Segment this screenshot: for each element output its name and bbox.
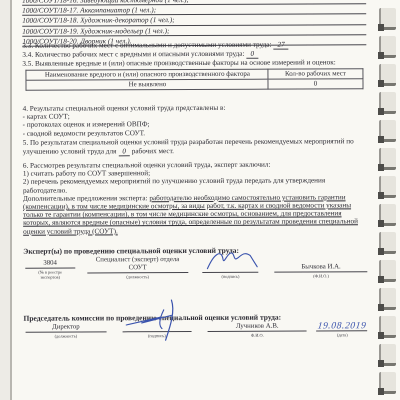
expert-signature-row: 3804 (№ в реестре экспертов) Специалист …: [23, 255, 367, 280]
binding-clip: [379, 344, 396, 366]
binding-clip: [379, 64, 396, 86]
expert-sign-label: (подпись): [222, 274, 240, 279]
expert-reg-number-block: 3804 (№ в реестре экспертов): [25, 260, 75, 280]
sec-6: 6. Рассмотрев результаты специальной оце…: [23, 160, 367, 235]
sec-3-5: 3.5. Выявленные вредные и (или) опасные …: [22, 58, 366, 69]
binding-clip: [379, 288, 396, 310]
chairman-signature-block: (подпись): [122, 323, 191, 338]
chairman-name-label: Ф.И.О.: [251, 333, 264, 338]
sec-5-text-1: 5. По результатам специальной оценки усл…: [23, 137, 354, 155]
chairman-position-label: (должность): [55, 334, 78, 339]
expert-reg-label: (№ в реестре экспертов): [33, 270, 67, 280]
sec-4: 4. Результаты специальной оценки условий…: [23, 103, 367, 137]
cell-factor-name: Не выявлено: [26, 79, 268, 90]
expert-signature-ink: [202, 248, 259, 274]
expert-signature: [202, 264, 259, 273]
binding-clip: [379, 92, 396, 114]
binding-clip: [379, 8, 396, 30]
comb-binding: [366, 0, 400, 400]
binding-clip: [379, 36, 396, 58]
binding-clip: [379, 260, 396, 282]
binding-clip: [379, 148, 396, 170]
chairman-date-handwritten: 19.08.2019: [316, 322, 368, 331]
sec-3-4-label: 3.4. Количество рабочих мест с вредными …: [22, 50, 244, 59]
sec-3-3-label: 3.3. Количество рабочих мест с оптимальн…: [22, 41, 271, 50]
binding-clip: [379, 204, 396, 226]
chairman-signature-row: Директор (должность) (подпись) Лучников …: [24, 322, 368, 339]
binding-clip: [379, 372, 396, 394]
binding-clip: [379, 232, 396, 254]
scanned-sout-report-page: 1000/СОУТ/18-16. Заведующий костюмерной …: [0, 0, 400, 400]
sec-5-text-2: рабочих мест.: [132, 147, 174, 155]
sec-6-item-2: 2) перечень рекомендуемых мероприятий по…: [23, 177, 367, 195]
chairman-name-block: Лучников А.В. Ф.И.О.: [208, 323, 307, 338]
col-factor-name: Наименование вредного и (или) опасного п…: [26, 69, 268, 80]
expert-position-label: (должность): [126, 274, 149, 279]
expert-proposals: Дополнительные предложения эксперта: раб…: [23, 193, 367, 236]
experts-heading: Эксперт(ы) по проведению специальной оце…: [23, 245, 367, 256]
factors-table: Наименование вредного и (или) опасного п…: [26, 68, 363, 90]
sec-4-item: - сводной ведомости результатов СОУТ.: [23, 128, 367, 138]
page-edge-line: [10, 0, 12, 400]
proposals-label: Дополнительные предложения эксперта:: [23, 194, 148, 203]
chairman-name: Лучников А.В.: [208, 323, 307, 332]
chairman-date-block: 19.08.2019 (дата): [317, 322, 368, 337]
expert-name-block: Бычкова И.А. (Ф.И.О.): [275, 263, 368, 278]
expert-position-line2: СОУТ: [87, 264, 188, 273]
chairman-sign-label: (подпись): [148, 333, 166, 338]
chairman-date-label: (дата): [337, 332, 348, 337]
col-workplace-count: Кол-во рабочих мест: [268, 69, 362, 79]
sec-3-4-value: 0: [246, 50, 258, 59]
expert-name-label: (Ф.И.О.): [313, 273, 329, 278]
sec-5-value: 0: [118, 147, 130, 156]
chairman-signature: [122, 323, 191, 332]
expert-position-block: Специалист (эксперт) отдела СОУТ (должно…: [87, 256, 188, 279]
expert-reg-number: 3804: [25, 260, 75, 269]
cell-workplace-count: 0: [268, 79, 362, 89]
chairman-heading: Председатель комиссии по проведению спец…: [23, 312, 367, 323]
binding-clip: [379, 176, 396, 198]
sec-5: 5. По результатам специальной оценки усл…: [23, 137, 367, 157]
document-content: 1000/СОУТ/18-16. Заведующий костюмерной …: [22, 0, 368, 400]
expert-signature-block: (подпись): [202, 264, 259, 279]
binding-clip: [379, 120, 396, 142]
chairman-signature-ink: [122, 307, 191, 333]
chairman-position-block: Директор (должность): [26, 323, 107, 338]
table-row: Не выявлено 0: [26, 79, 362, 90]
binding-clip: [379, 316, 396, 338]
sec-3-3-value: 27: [273, 41, 288, 50]
page-left-margin: [0, 0, 10, 400]
expert-name: Бычкова И.А.: [275, 263, 368, 272]
chairman-position: Директор: [26, 323, 107, 332]
